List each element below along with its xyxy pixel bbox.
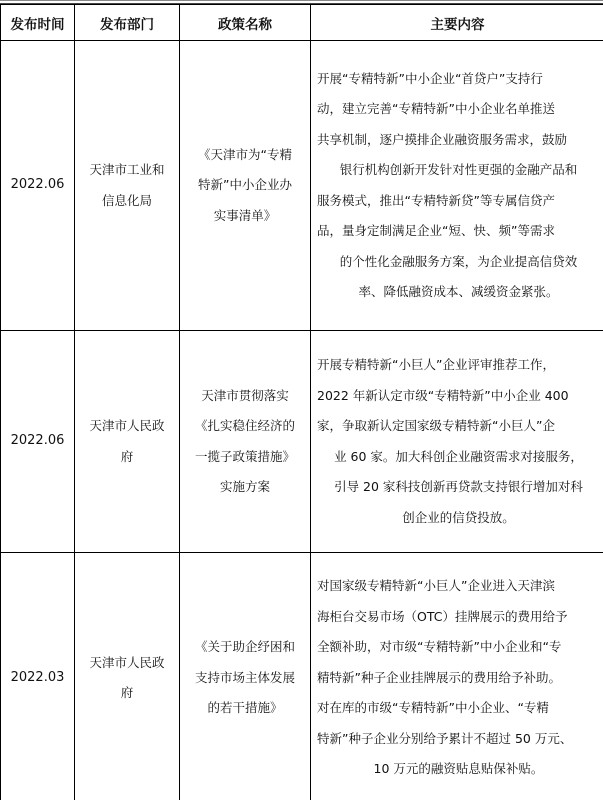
content-line: 对在库的市级“专精特新”中小企业、“专精 bbox=[317, 693, 600, 724]
content-line: 品，量身定制满足企业“短、快、频”等需求 bbox=[317, 216, 600, 247]
dept-line: 天津市工业和 bbox=[81, 155, 173, 186]
content-cell: 开展“专精特新”中小企业“首贷户”支持行 动，建立完善“专精特新”中小企业名单推… bbox=[311, 41, 603, 331]
policy-table: 发布时间 发布部门 政策名称 主要内容 2022.06 天津市工业和 信息化局 … bbox=[0, 4, 603, 800]
content-cell: 对国家级专精特新“小巨人”企业进入天津滨 海柜台交易市场（OTC）挂牌展示的费用… bbox=[311, 553, 603, 800]
policy-line: 《扎实稳住经济的 bbox=[186, 411, 304, 442]
content-line: 的个性化金融服务方案，为企业提高信贷效 bbox=[317, 247, 600, 278]
table-row: 2022.06 天津市人民政 府 天津市贯彻落实 《扎实稳住经济的 一揽子政策措… bbox=[1, 331, 603, 553]
date-cell: 2022.06 bbox=[1, 331, 75, 553]
policy-line: 实事清单》 bbox=[186, 201, 304, 232]
dept-line: 信息化局 bbox=[81, 186, 173, 217]
content-line: 率、降低融资成本、减缓资金紧张。 bbox=[317, 277, 600, 308]
content-line: 动，建立完善“专精特新”中小企业名单推送 bbox=[317, 94, 600, 125]
content-line: 海柜台交易市场（OTC）挂牌展示的费用给予 bbox=[317, 602, 600, 633]
policy-cell: 《关于助企纾困和 支持市场主体发展 的若干措施》 bbox=[180, 553, 311, 800]
dept-line: 天津市人民政 bbox=[81, 411, 173, 442]
policy-line: 实施方案 bbox=[186, 472, 304, 503]
content-line: 10 万元的融资贴息贴保补贴。 bbox=[317, 754, 600, 785]
dept-cell: 天津市人民政 府 bbox=[75, 553, 180, 800]
content-cell: 开展专精特新“小巨人”企业评审推荐工作， 2022 年新认定市级“专精特新”中小… bbox=[311, 331, 603, 553]
header-date: 发布时间 bbox=[1, 5, 75, 41]
policy-line: 特新”中小企业办 bbox=[186, 170, 304, 201]
policy-cell: 《天津市为“专精 特新”中小企业办 实事清单》 bbox=[180, 41, 311, 331]
content-line: 银行机构创新开发针对性更强的金融产品和 bbox=[317, 155, 600, 186]
content-line: 2022 年新认定市级“专精特新”中小企业 400 bbox=[317, 381, 600, 412]
policy-line: 一揽子政策措施》 bbox=[186, 442, 304, 473]
policy-line: 《天津市为“专精 bbox=[186, 140, 304, 171]
header-dept: 发布部门 bbox=[75, 5, 180, 41]
content-line: 创企业的信贷投放。 bbox=[317, 503, 600, 534]
header-policy: 政策名称 bbox=[180, 5, 311, 41]
content-line: 对国家级专精特新“小巨人”企业进入天津滨 bbox=[317, 571, 600, 602]
dept-line: 府 bbox=[81, 442, 173, 473]
date-cell: 2022.03 bbox=[1, 553, 75, 800]
dept-cell: 天津市工业和 信息化局 bbox=[75, 41, 180, 331]
policy-line: 的若干措施》 bbox=[186, 693, 304, 724]
dept-cell: 天津市人民政 府 bbox=[75, 331, 180, 553]
content-line: 开展专精特新“小巨人”企业评审推荐工作， bbox=[317, 350, 600, 381]
content-line: 业 60 家。加大科创企业融资需求对接服务， bbox=[317, 442, 600, 473]
content-line: 服务模式，推出“专精特新贷”等专属信贷产 bbox=[317, 186, 600, 217]
content-line: 特新”种子企业分别给予累计不超过 50 万元、 bbox=[317, 724, 600, 755]
policy-line: 《关于助企纾困和 bbox=[186, 632, 304, 663]
date-cell: 2022.06 bbox=[1, 41, 75, 331]
dept-line: 天津市人民政 bbox=[81, 648, 173, 679]
content-line: 开展“专精特新”中小企业“首贷户”支持行 bbox=[317, 64, 600, 95]
policy-line: 天津市贯彻落实 bbox=[186, 381, 304, 412]
policy-cell: 天津市贯彻落实 《扎实稳住经济的 一揽子政策措施》 实施方案 bbox=[180, 331, 311, 553]
content-line: 全额补助，对市级“专精特新”中小企业和“专 bbox=[317, 632, 600, 663]
content-line: 引导 20 家科技创新再贷款支持银行增加对科 bbox=[317, 472, 600, 503]
policy-line: 支持市场主体发展 bbox=[186, 663, 304, 694]
table-row: 2022.06 天津市工业和 信息化局 《天津市为“专精 特新”中小企业办 实事… bbox=[1, 41, 603, 331]
table-row: 2022.03 天津市人民政 府 《关于助企纾困和 支持市场主体发展 的若干措施… bbox=[1, 553, 603, 800]
content-line: 家，争取新认定国家级专精特新“小巨人”企 bbox=[317, 411, 600, 442]
header-content: 主要内容 bbox=[311, 5, 603, 41]
content-line: 共享机制，逐户摸排企业融资服务需求，鼓励 bbox=[317, 125, 600, 156]
content-line: 精特新”种子企业挂牌展示的费用给予补助。 bbox=[317, 663, 600, 694]
dept-line: 府 bbox=[81, 678, 173, 709]
header-row: 发布时间 发布部门 政策名称 主要内容 bbox=[1, 5, 603, 41]
